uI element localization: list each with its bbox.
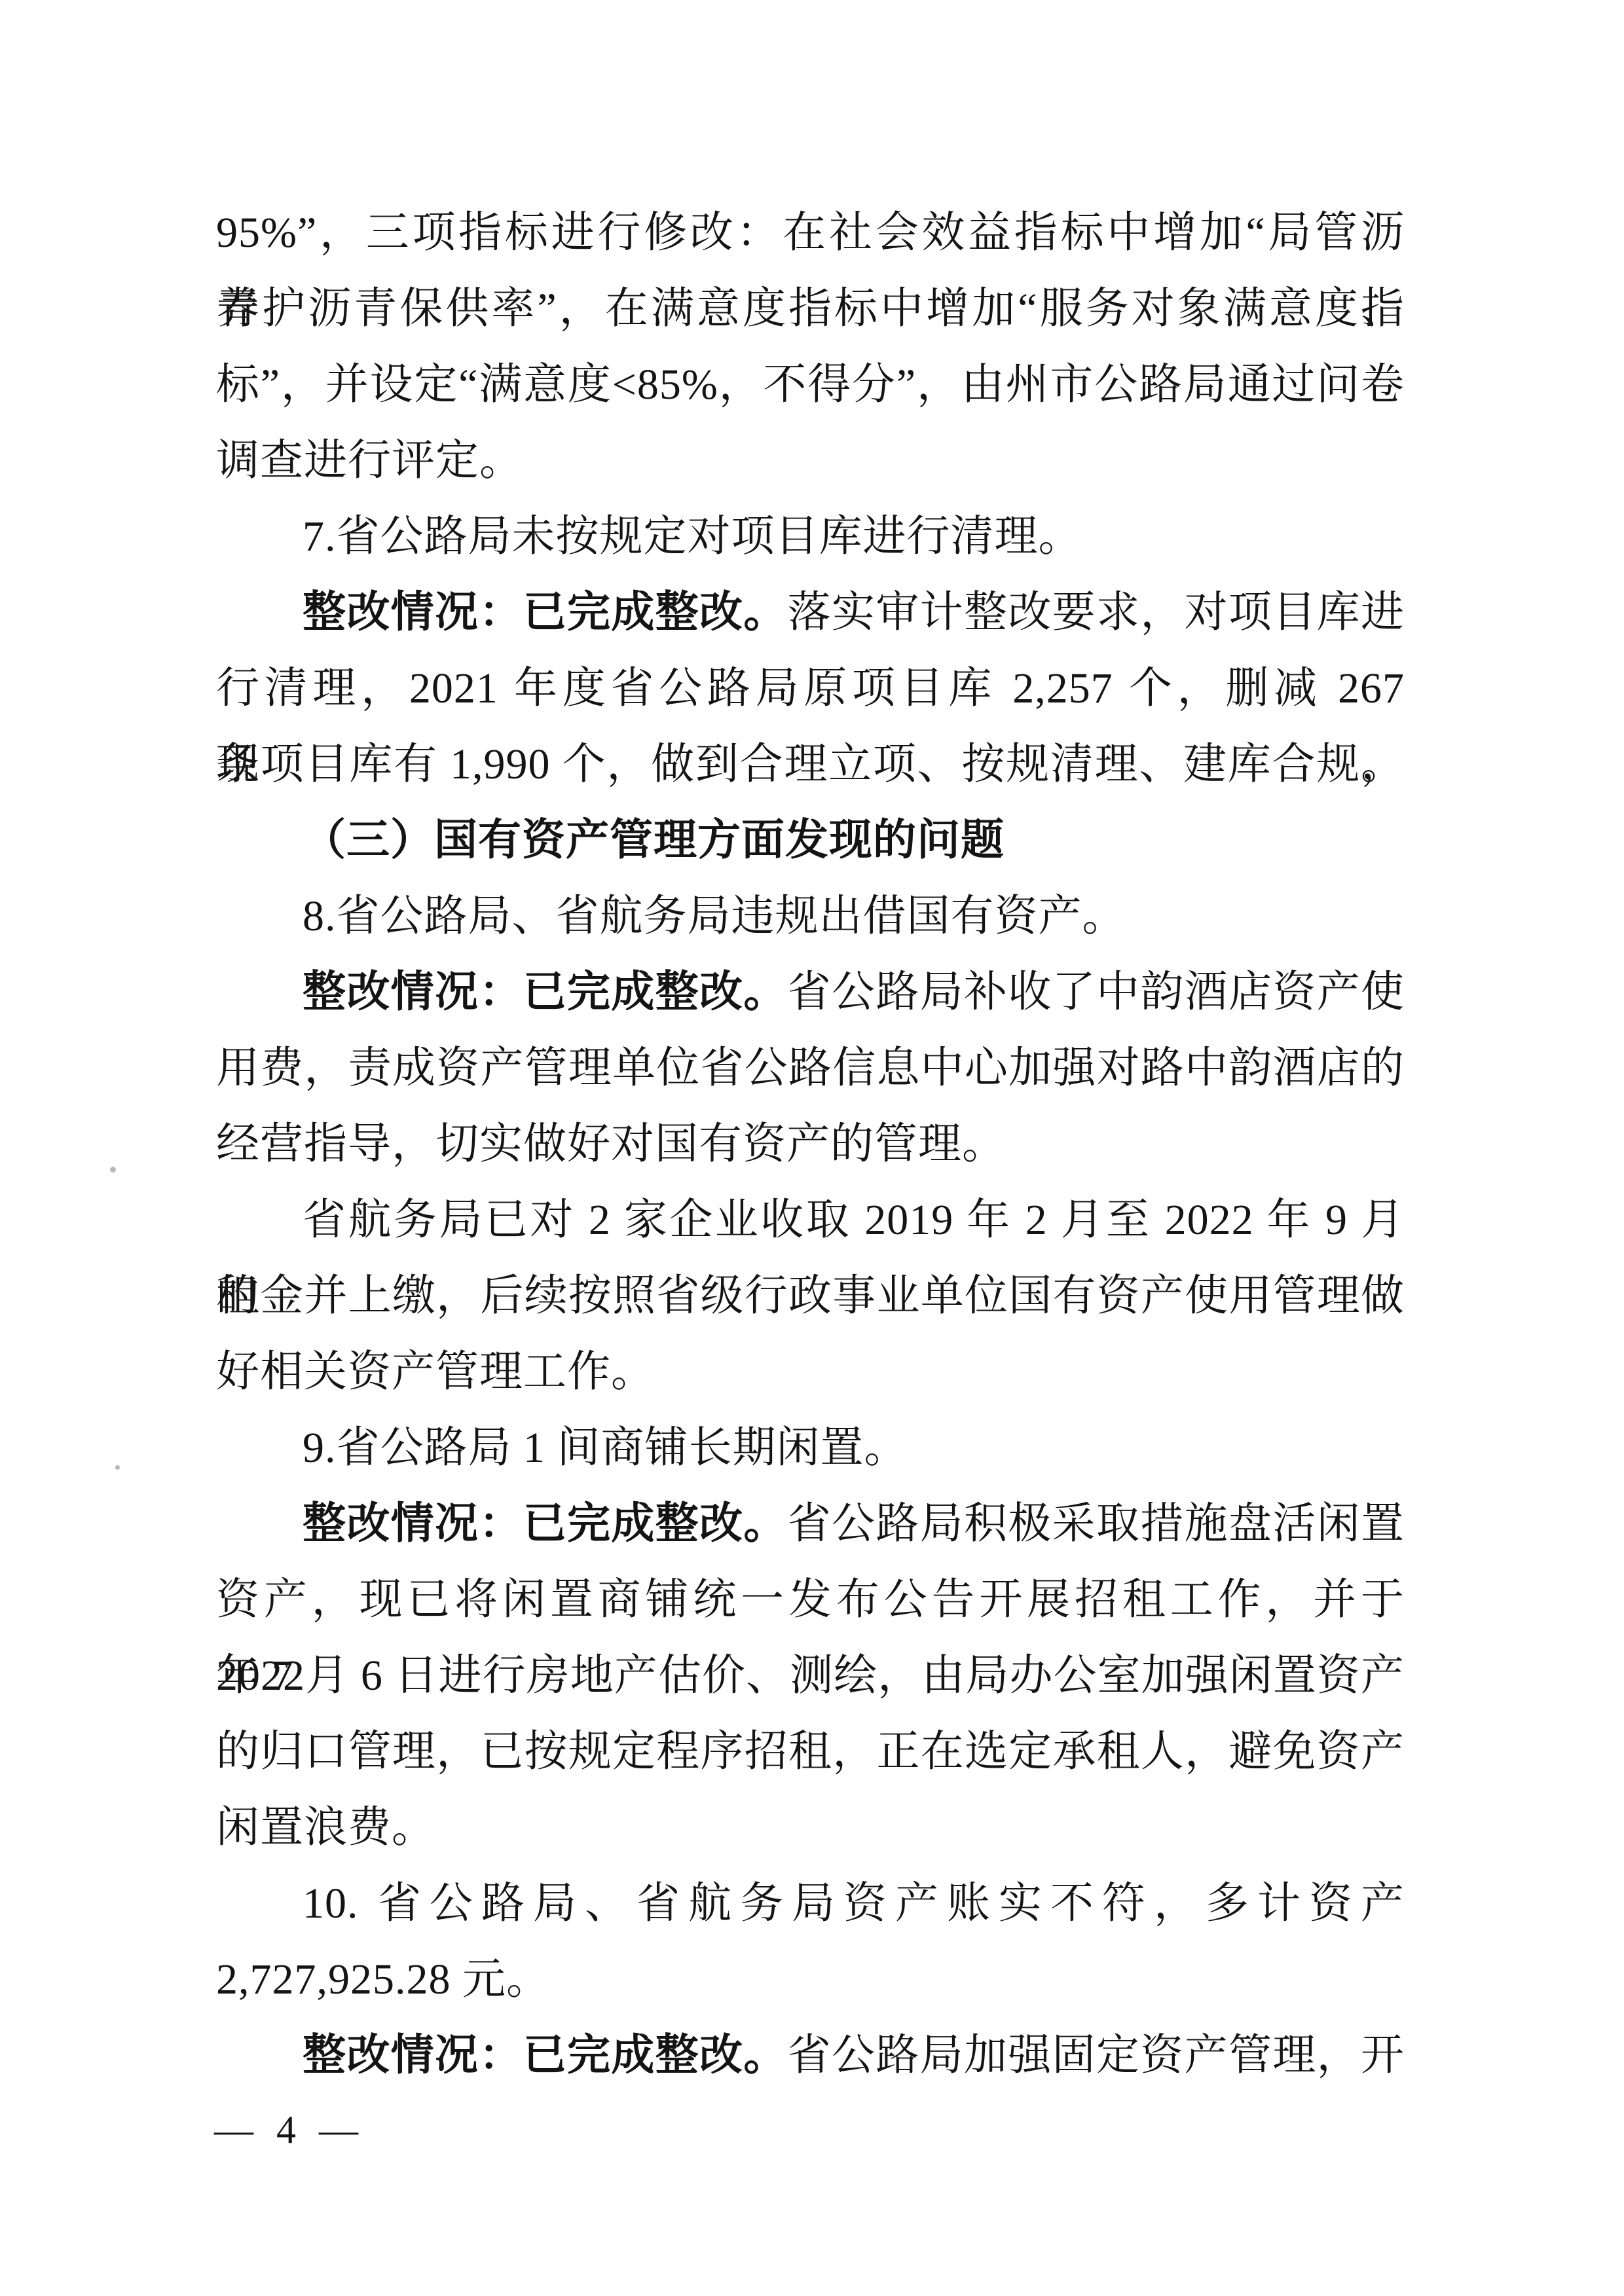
text-line: 养护沥青保供率”，在满意度指标中增加“服务对象满意度指 (216, 271, 1405, 347)
text-line: 8.省公路局、省航务局违规出借国有资产。 (216, 879, 1405, 955)
scan-speck (110, 1167, 116, 1173)
text-line: 的归口管理，已按规定程序招租，正在选定承租人，避免资产 (216, 1714, 1405, 1790)
text-line: 整改情况：已完成整改。省公路局加强固定资产管理，开 (216, 2018, 1405, 2094)
text-line: 租金并上缴，后续按照省级行政事业单位国有资产使用管理做 (216, 1258, 1405, 1334)
text-segment: 省公路局补收了中韵酒店资产使 (788, 968, 1405, 1016)
text-line: （三）国有资产管理方面发现的问题 (216, 803, 1405, 879)
bold-text-segment: 整改情况：已完成整改。 (303, 2032, 788, 2079)
text-line: 经营指导，切实做好对国有资产的管理。 (216, 1106, 1405, 1182)
text-line: 闲置浪费。 (216, 1790, 1405, 1866)
document-body: 95%”，三项指标进行修改：在社会效益指标中增加“局管沥青、养护沥青保供率”，在… (216, 195, 1405, 2094)
text-line: 2,727,925.28 元。 (216, 1942, 1405, 2018)
text-segment: 8.省公路局、省航务局违规出借国有资产。 (303, 892, 1126, 940)
text-segment: 2,727,925.28 元。 (216, 1956, 550, 2003)
text-segment: 落实审计整改要求，对项目库进 (788, 589, 1405, 636)
text-line: 资产，现已将闲置商铺统一发布公告开展招租工作，并于 2022 (216, 1562, 1405, 1638)
text-line: 标”，并设定“满意度<85%，不得分”，由州市公路局通过问卷 (216, 347, 1405, 423)
text-line: 用费，责成资产管理单位省公路信息中心加强对路中韵酒店的 (216, 1030, 1405, 1106)
text-line: 调查进行评定。 (216, 423, 1405, 499)
bold-text-segment: 整改情况：已完成整改。 (303, 589, 788, 636)
text-segment: 10. 省公路局、省航务局资产账实不符，多计资产 (303, 1880, 1405, 1927)
text-segment: 调查进行评定。 (216, 437, 523, 484)
text-segment: 标”，并设定“满意度<85%，不得分”，由州市公路局通过问卷 (216, 361, 1405, 409)
document-page: 95%”，三项指标进行修改：在社会效益指标中增加“局管沥青、养护沥青保供率”，在… (0, 0, 1624, 2296)
bold-text-segment: （三）国有资产管理方面发现的问题 (303, 816, 1005, 864)
scan-speck (115, 1465, 120, 1470)
bold-text-segment: 整改情况：已完成整改。 (303, 968, 788, 1016)
text-line: 95%”，三项指标进行修改：在社会效益指标中增加“局管沥青、 (216, 195, 1405, 271)
text-segment: 好相关资产管理工作。 (216, 1348, 655, 1396)
text-line: 好相关资产管理工作。 (216, 1334, 1405, 1410)
text-segment: 省公路局积极采取措施盘活闲置 (788, 1500, 1405, 1548)
text-segment: 闲置浪费。 (216, 1804, 435, 1851)
bold-text-segment: 整改情况：已完成整改。 (303, 1500, 788, 1548)
text-line: 7.省公路局未按规定对项目库进行清理。 (216, 499, 1405, 575)
text-segment: 现项目库有 1,990 个，做到合理立项、按规清理、建库合规。 (216, 740, 1405, 788)
text-segment: 经营指导，切实做好对国有资产的管理。 (216, 1120, 1006, 1168)
text-segment: 用费，责成资产管理单位省公路信息中心加强对路中韵酒店的 (216, 1044, 1405, 1092)
text-line: 现项目库有 1,990 个，做到合理立项、按规清理、建库合规。 (216, 727, 1405, 803)
text-segment: 养护沥青保供率”，在满意度指标中增加“服务对象满意度指 (216, 285, 1405, 333)
page-number: — 4 — (214, 2107, 365, 2153)
text-line: 10. 省公路局、省航务局资产账实不符，多计资产 (216, 1866, 1405, 1942)
text-line: 年 7 月 6 日进行房地产估价、测绘，由局办公室加强闲置资产 (216, 1638, 1405, 1714)
text-segment: 7.省公路局未按规定对项目库进行清理。 (303, 513, 1082, 560)
text-line: 行清理，2021 年度省公路局原项目库 2,257 个，删减 267 条， (216, 651, 1405, 727)
text-line: 省航务局已对 2 家企业收取 2019 年 2 月至 2022 年 9 月的 (216, 1182, 1405, 1258)
text-segment: 年 7 月 6 日进行房地产估价、测绘，由局办公室加强闲置资产 (216, 1652, 1405, 1700)
text-segment: 的归口管理，已按规定程序招租，正在选定承租人，避免资产 (216, 1728, 1405, 1776)
text-segment: 租金并上缴，后续按照省级行政事业单位国有资产使用管理做 (216, 1272, 1405, 1320)
text-line: 整改情况：已完成整改。省公路局积极采取措施盘活闲置 (216, 1486, 1405, 1562)
text-line: 9.省公路局 1 间商铺长期闲置。 (216, 1410, 1405, 1486)
text-segment: 9.省公路局 1 间商铺长期闲置。 (303, 1424, 908, 1472)
text-segment: 省公路局加强固定资产管理，开 (788, 2032, 1405, 2079)
text-line: 整改情况：已完成整改。省公路局补收了中韵酒店资产使 (216, 955, 1405, 1030)
text-line: 整改情况：已完成整改。落实审计整改要求，对项目库进 (216, 575, 1405, 651)
